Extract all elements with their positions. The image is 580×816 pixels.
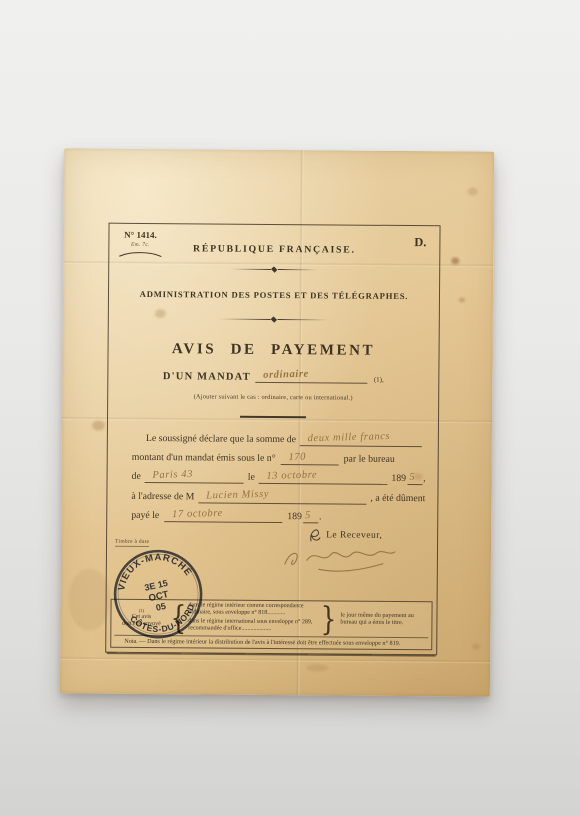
payment-date-blank: 17 octobre: [164, 510, 282, 523]
footnote-condition: le jour même du payement au bureau qui a…: [340, 611, 428, 627]
body-line-4: à l'adresse de M Lucien Missy , a été dû…: [131, 490, 425, 504]
mandat-type-blank: ordinaire: [255, 371, 367, 384]
ornament-divider: [231, 267, 318, 272]
printed-text: Le soussigné déclare que la somme de: [146, 433, 296, 445]
receveur-signature: [279, 542, 399, 582]
amount-blank: deux mille francs: [300, 434, 422, 447]
foxing-spot: [451, 257, 459, 264]
mandat-number-blank: 170: [281, 453, 339, 465]
diamond-ornament-icon: [271, 316, 277, 322]
photographed-document: N° 1414. Em. 7c. D. RÉPUBLIQUE FRANÇAISE…: [60, 148, 494, 696]
receveur-label: Le Receveur,: [326, 530, 382, 540]
short-rule: [240, 416, 306, 419]
year-digit-blank: 5: [407, 473, 422, 485]
close-brace: }: [320, 602, 336, 635]
heading-administration: ADMINISTRATION DES POSTES ET DES TÉLÉGRA…: [109, 289, 439, 302]
body-line-1: Le soussigné déclare que la somme de deu…: [132, 433, 426, 447]
printed-text: , a été dûment: [370, 492, 425, 503]
foxing-spot: [306, 664, 328, 671]
handwritten-emission-date: 13 octobre: [266, 470, 317, 482]
handwritten-payee-name: Lucien Missy: [206, 488, 269, 501]
ornament-divider: [219, 317, 330, 322]
printed-text: à l'adresse de M: [131, 490, 194, 501]
printed-punctuation: .: [319, 511, 322, 522]
diamond-ornament-icon: [271, 266, 277, 272]
printed-text: le: [248, 472, 255, 483]
foxing-spot: [92, 421, 105, 431]
handwritten-year-digit: 5: [409, 472, 415, 483]
declaration-body: Le soussigné déclare que la somme de deu…: [131, 433, 426, 531]
handwritten-mandat-number: 170: [288, 452, 306, 463]
printed-text: montant d'un mandat émis sous le n°: [132, 452, 276, 464]
footnote-reference: (1),: [374, 376, 384, 384]
handwritten-payment-date: 17 octobre: [172, 508, 223, 520]
divider-line: [277, 269, 317, 270]
document-title: AVIS DE PAYEMENT: [109, 341, 439, 361]
divider-line: [231, 268, 271, 269]
instruction-note: (Ajouter suivant le cas : ordinaire, car…: [108, 393, 438, 403]
timbre-a-date-label: Timbre à date: [115, 539, 149, 547]
printed-punctuation: ,: [423, 474, 426, 485]
handwritten-year-digit: 5: [305, 510, 311, 521]
stamp-center-line3: 05: [155, 601, 167, 613]
payee-name-blank: Lucien Missy: [198, 491, 366, 504]
bureau-blank: Paris 43: [145, 471, 244, 484]
printed-text: par le bureau: [344, 454, 395, 465]
handwritten-bureau: Paris 43: [152, 469, 193, 481]
foxing-spot: [472, 644, 480, 650]
body-line-5: payé le 17 octobre 189 5 .: [131, 510, 425, 524]
divider-line: [277, 319, 329, 320]
foxing-spot: [468, 187, 478, 195]
divider-line: [219, 318, 271, 319]
printed-year: 189: [287, 511, 302, 522]
foxing-spot: [459, 297, 465, 302]
horizontal-fold-crease: [60, 656, 490, 663]
mandat-type-line: D'UN MANDAT ordinaire (1),: [108, 370, 438, 385]
printed-text: de: [132, 471, 141, 482]
printed-year: 189: [391, 473, 406, 484]
body-line-2: montant d'un mandat émis sous le n° 170 …: [132, 452, 426, 466]
printed-text: payé le: [131, 510, 159, 521]
form-number: N° 1414.: [118, 230, 162, 240]
handwritten-amount: deux mille francs: [308, 431, 391, 444]
year-digit-blank: 5: [303, 511, 318, 523]
mandat-prefix: D'UN MANDAT: [163, 371, 251, 383]
body-line-3: de Paris 43 le 13 octobre 189 5 ,: [132, 471, 426, 485]
handwritten-mandat-type: ordinaire: [263, 369, 309, 381]
emission-date-blank: 13 octobre: [259, 472, 388, 485]
